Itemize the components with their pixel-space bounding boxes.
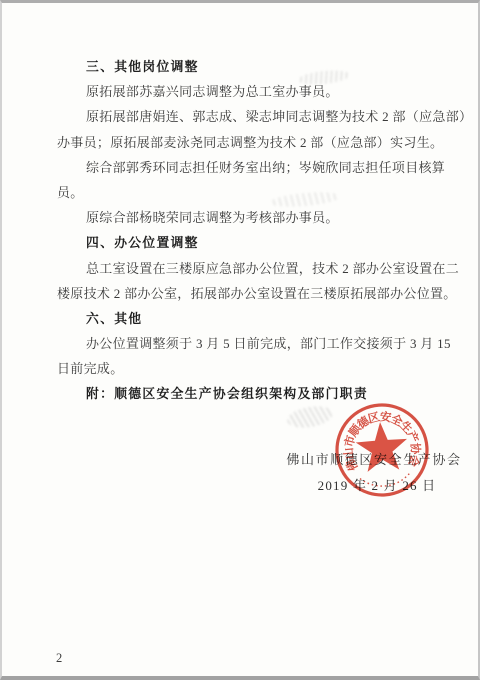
text-line: 原综合部杨晓荣同志调整为考核部办事员。 [57, 205, 449, 230]
text-line: 办公位置调整须于 3 月 5 日前完成，部门工作交接须于 3 月 15 [57, 331, 449, 356]
text-line: 办事员；原拓展部麦泳尧同志调整为技术 2 部（应急部）实习生。 [57, 130, 449, 155]
page-number: 2 [56, 651, 62, 666]
text-line: 综合部郭秀环同志担任财务室出纳；岑婉欣同志担任项目核算 [57, 155, 449, 180]
text-line: 总工室设置在三楼原应急部办公位置，技术 2 部办公室设置在二 [57, 256, 449, 281]
section-heading-6: 六、其他 [57, 306, 449, 331]
scanned-page: 三、其他岗位调整 原拓展部苏嘉兴同志调整为总工室办事员。 原拓展部唐娟连、郭志成… [0, 0, 480, 680]
text-line: 原拓展部苏嘉兴同志调整为总工室办事员。 [57, 79, 449, 104]
section-heading-4: 四、办公位置调整 [57, 230, 449, 255]
official-seal: 佛 山 市 顺 德 区 安 全 生 产 协 会 [315, 383, 449, 517]
seal-ring-char: 会 [405, 453, 422, 469]
seal-code-marks [358, 474, 410, 488]
document-body: 三、其他岗位调整 原拓展部苏嘉兴同志调整为总工室办事员。 原拓展部唐娟连、郭志成… [57, 54, 449, 407]
section-heading-3: 三、其他岗位调整 [57, 54, 449, 79]
text-line: 日前完成。 [57, 356, 449, 381]
text-line: 员。 [57, 180, 449, 205]
text-line: 原拓展部唐娟连、郭志成、梁志坤同志调整为技术 2 部（应急部） [57, 104, 449, 129]
text-line: 楼原技术 2 部办公室，拓展部办公室设置在三楼原拓展部办公位置。 [57, 281, 449, 306]
